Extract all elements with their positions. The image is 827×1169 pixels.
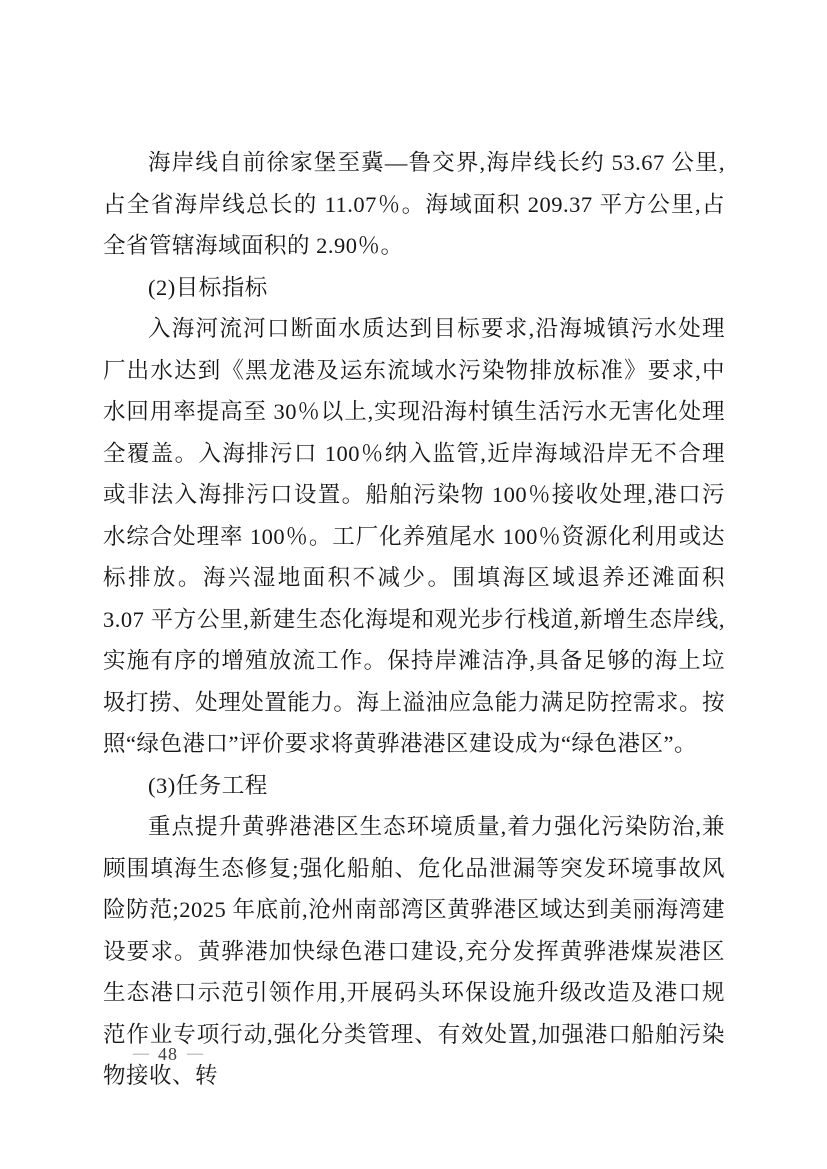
paragraph-goal-indicators: 入海河流河口断面水质达到目标要求,沿海城镇污水处理厂出水达到《黑龙港及运东流域水… [103, 308, 725, 765]
heading-task-projects: (3)任务工程 [103, 765, 725, 807]
document-page: 海岸线自前徐家堡至冀—鲁交界,海岸线长约 53.67 公里,占全省海岸线总长的 … [0, 0, 827, 1169]
page-footer: — 48 — [133, 1042, 203, 1066]
document-body: 海岸线自前徐家堡至冀—鲁交界,海岸线长约 53.67 公里,占全省海岸线总长的 … [103, 142, 725, 1097]
heading-goal-indicators: (2)目标指标 [103, 267, 725, 309]
footer-dash-left: — [133, 1042, 149, 1066]
footer-dash-right: — [187, 1042, 203, 1066]
page-number: 48 [158, 1042, 178, 1066]
paragraph-coastline: 海岸线自前徐家堡至冀—鲁交界,海岸线长约 53.67 公里,占全省海岸线总长的 … [103, 142, 725, 267]
